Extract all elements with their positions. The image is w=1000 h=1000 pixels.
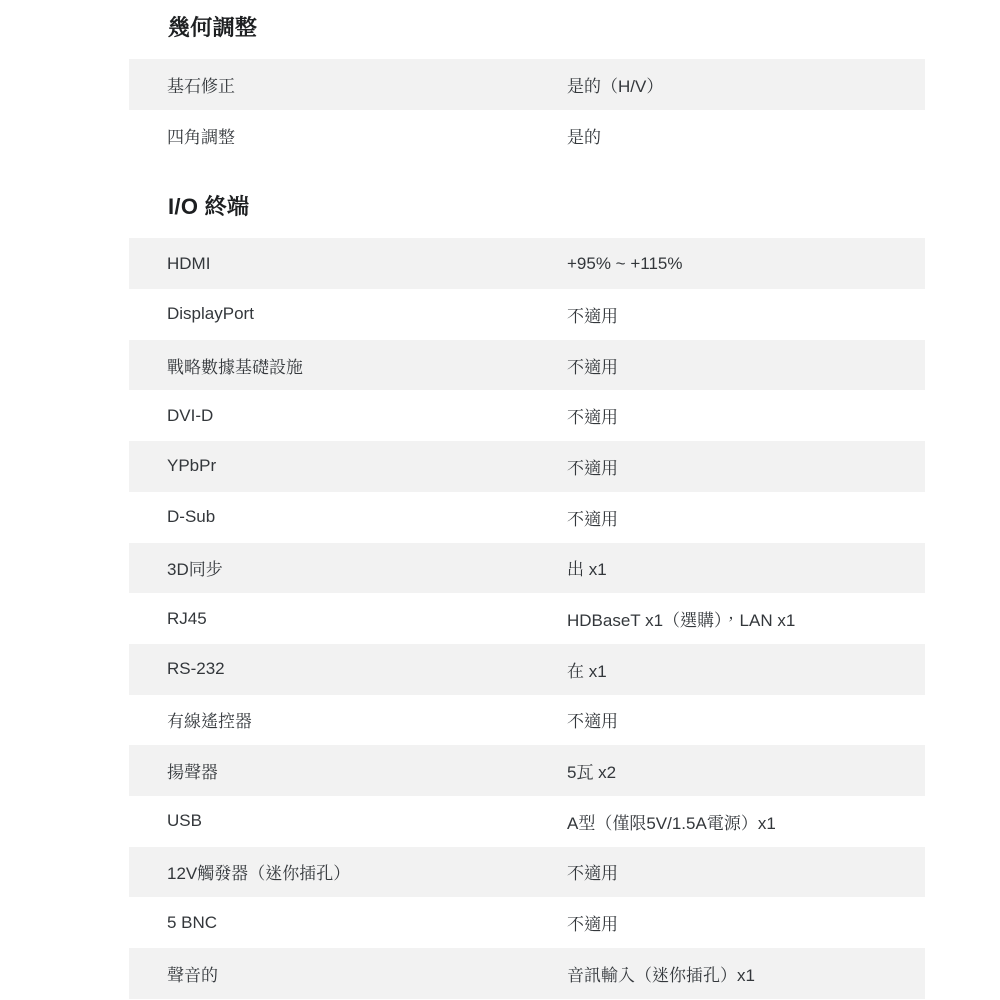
table-row: 3D同步 出 x1 [129,543,925,594]
spec-label: 四角調整 [129,123,567,148]
spec-label: RS-232 [129,659,567,679]
spec-value: 不適用 [567,353,925,378]
table-row: DVI-D 不適用 [129,390,925,441]
spec-value: 不適用 [567,707,925,732]
spec-label: 揚聲器 [129,758,567,783]
spec-label: 戰略數據基礎設施 [129,353,567,378]
table-row: RJ45 HDBaseT x1（選購），LAN x1 [129,593,925,644]
spec-value: HDBaseT x1（選購），LAN x1 [567,606,925,631]
table-row: YPbPr 不適用 [129,441,925,492]
table-row: 基石修正 是的（H/V） [129,59,925,110]
spec-value: A型（僅限5V/1.5A電源）x1 [567,809,925,834]
spec-value: 不適用 [567,910,925,935]
spec-label: 3D同步 [129,555,567,580]
spec-value: +95% ~ +115% [567,254,925,274]
spec-label: 5 BNC [129,913,567,933]
table-row: 12V觸發器（迷你插孔） 不適用 [129,847,925,898]
spec-value: 不適用 [567,859,925,884]
spec-label: D-Sub [129,507,567,527]
spec-label: DVI-D [129,406,567,426]
spec-value: 不適用 [567,505,925,530]
section-title: 幾何調整 [168,14,925,42]
spec-section: I/O 終端 HDMI +95% ~ +115% DisplayPort 不適用… [129,193,925,998]
table-row: RS-232 在 x1 [129,644,925,695]
table-row: 5 BNC 不適用 [129,897,925,948]
table-row: 戰略數據基礎設施 不適用 [129,340,925,391]
spec-value: 在 x1 [567,657,925,682]
table-row: 四角調整 是的 [129,110,925,161]
spec-label: HDMI [129,254,567,274]
spec-label: USB [129,811,567,831]
table-row: USB A型（僅限5V/1.5A電源）x1 [129,796,925,847]
table-row: 聲音的 音訊輸入（迷你插孔）x1 [129,948,925,999]
spec-label: YPbPr [129,456,567,476]
table-row: HDMI +95% ~ +115% [129,238,925,289]
spec-value: 不適用 [567,403,925,428]
spec-section: 幾何調整 基石修正 是的（H/V） 四角調整 是的 [129,14,925,160]
spec-value: 是的（H/V） [567,72,925,97]
spec-value: 是的 [567,123,925,148]
spec-label: 12V觸發器（迷你插孔） [129,859,567,884]
spec-table: 基石修正 是的（H/V） 四角調整 是的 [129,59,925,160]
spec-value: 不適用 [567,302,925,327]
table-row: 有線遙控器 不適用 [129,695,925,746]
spec-value: 5瓦 x2 [567,758,925,783]
spec-content: 幾何調整 基石修正 是的（H/V） 四角調整 是的 I/O 終端 HDMI +9… [129,0,925,999]
table-row: D-Sub 不適用 [129,492,925,543]
table-row: 揚聲器 5瓦 x2 [129,745,925,796]
spec-value: 音訊輸入（迷你插孔）x1 [567,961,925,986]
spec-label: RJ45 [129,609,567,629]
spec-label: 基石修正 [129,72,567,97]
spec-label: 有線遙控器 [129,707,567,732]
spec-value: 不適用 [567,454,925,479]
section-title: I/O 終端 [168,193,925,221]
spec-label: 聲音的 [129,961,567,986]
table-row: DisplayPort 不適用 [129,289,925,340]
spec-label: DisplayPort [129,304,567,324]
spec-table: HDMI +95% ~ +115% DisplayPort 不適用 戰略數據基礎… [129,238,925,998]
spec-value: 出 x1 [567,555,925,580]
